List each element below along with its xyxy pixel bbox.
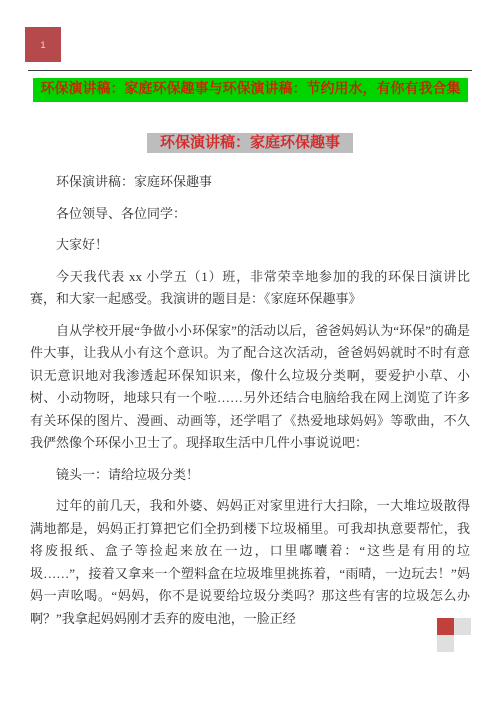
- paragraph-salutation: 各位领导、各位同学：: [30, 203, 470, 226]
- document-page: 1 环保演讲稿：家庭环保趣事与环保演讲稿：节约用水，有你有我合集 环保演讲稿：家…: [0, 0, 500, 707]
- decor-gray-square-top: [454, 618, 471, 635]
- paragraph-greeting: 大家好！: [30, 234, 470, 257]
- paragraph-scene-heading: 镜头一：请给垃圾分类！: [30, 464, 470, 487]
- paragraph-background: 自从学校开展“争做小小环保家”的活动以后，爸爸妈妈认为“环保”的确是件大事，让我…: [30, 320, 470, 455]
- header-divider-line: [28, 70, 472, 71]
- document-title-banner: 环保演讲稿：家庭环保趣事与环保演讲稿：节约用水，有你有我合集: [33, 78, 468, 102]
- paragraph-scene-story: 过年的前几天，我和外婆、妈妈正对家里进行大扫除，一大堆垃圾散得满地都是，妈妈正打…: [30, 495, 470, 630]
- subtitle-row: 环保演讲稿：家庭环保趣事: [0, 133, 500, 153]
- section-subtitle: 环保演讲稿：家庭环保趣事: [147, 133, 353, 153]
- page-number-badge: 1: [25, 27, 61, 62]
- paragraph-intro: 今天我代表 xx 小学五（1）班，非常荣幸地参加的我的环保日演讲比赛，和大家一起…: [30, 266, 470, 311]
- page-number: 1: [40, 40, 45, 50]
- paragraph-speech-title: 环保演讲稿：家庭环保趣事: [30, 171, 470, 194]
- decor-gray-square-bottom: [437, 635, 454, 652]
- document-body: 环保演讲稿：家庭环保趣事 各位领导、各位同学： 大家好！ 今天我代表 xx 小学…: [30, 171, 470, 639]
- decor-red-square: [437, 618, 454, 635]
